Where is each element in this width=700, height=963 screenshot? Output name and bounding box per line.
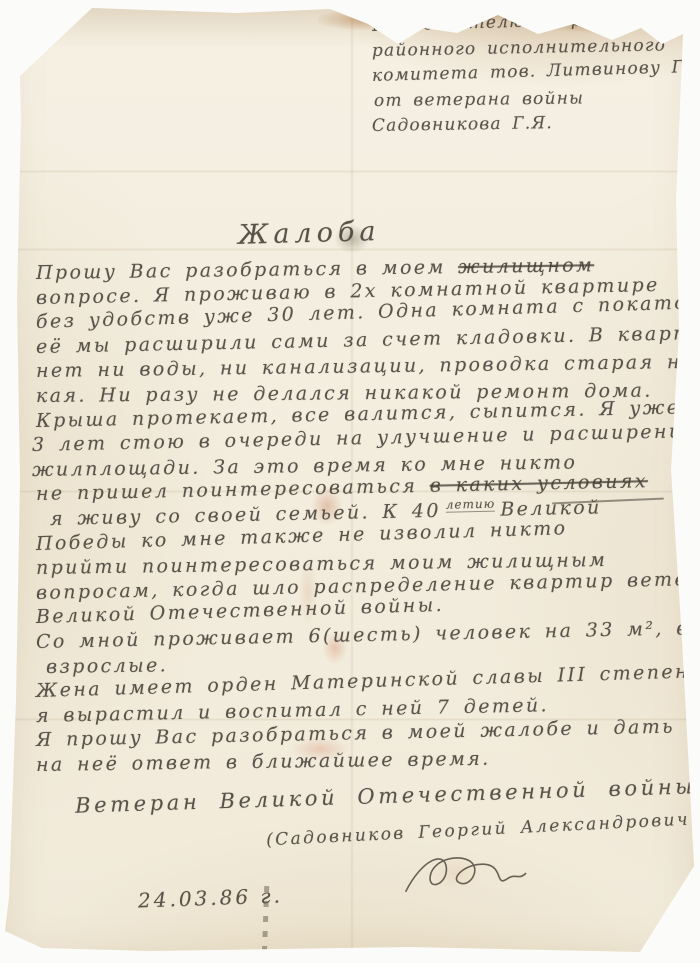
struck-phrase: в каких условиях [429, 471, 648, 498]
addressee-line: Садовникова Г.Я. [372, 111, 700, 141]
superscript-insert: летию [446, 497, 496, 513]
signature-flourish [395, 836, 533, 908]
letter-paper: Председателю Гвардейского районного испо… [0, 0, 700, 963]
scanned-letter: Председателю Гвардейского районного испо… [0, 0, 700, 963]
date-line: 24.03.86 г. [138, 883, 284, 912]
closing-line: Ветеран Великой Отечественной войны [75, 774, 696, 817]
letter-body: Прошу Вас разобраться в моем жилищном во… [36, 262, 700, 778]
letter-title: Жалоба [238, 216, 381, 251]
addressee-block: Председателю Гвардейского районного испо… [372, 16, 700, 141]
struck-word: жилищном [458, 254, 594, 278]
